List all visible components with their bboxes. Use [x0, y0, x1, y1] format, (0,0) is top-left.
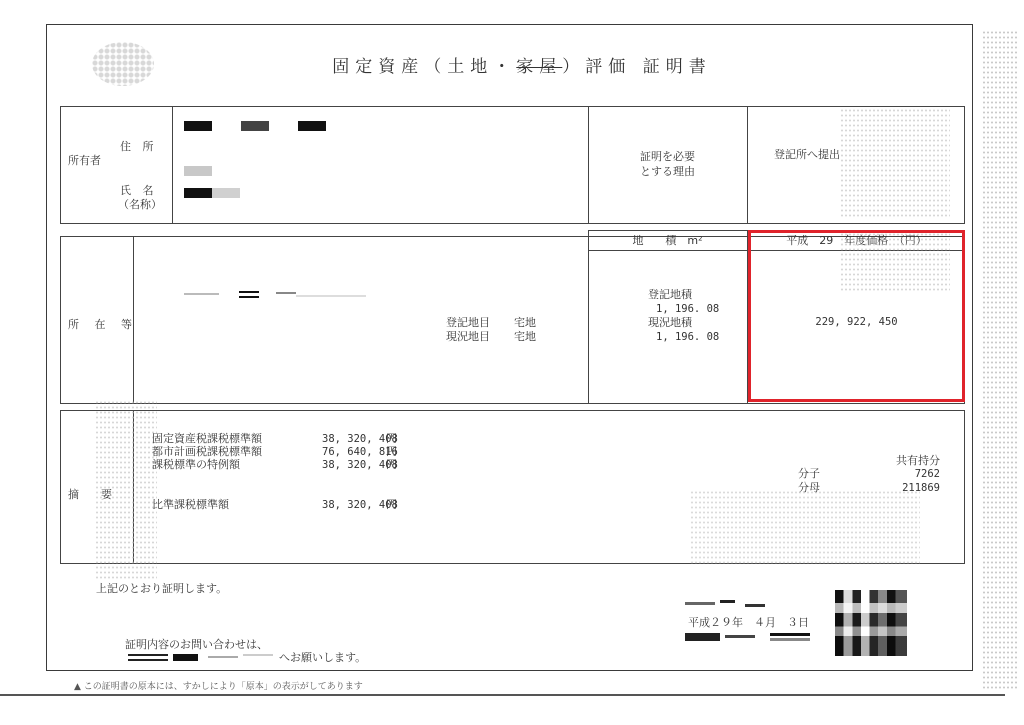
current-category-value: 宅地 [514, 330, 536, 344]
purpose-label-line1: 証明を必要 [640, 150, 695, 164]
area-header: 地 積 m² [588, 234, 747, 248]
inquiry-line1: 証明内容のお問い合わせは、 [125, 638, 268, 652]
scan-noise [95, 400, 157, 580]
summary-row-unit: 円 [386, 432, 397, 446]
current-category-label: 現況地目 [446, 330, 490, 344]
inquiry-line2: へお願いします。 [279, 651, 366, 665]
title-suffix: ）評価 証明書 [562, 57, 711, 77]
name-redaction [184, 188, 212, 198]
issue-date: 平成２９年 ４月 ３日 [688, 616, 809, 630]
price-highlight-box [748, 230, 965, 402]
title-prefix: 固定資産（土地・ [332, 57, 516, 77]
divider [172, 106, 173, 224]
summary-row-label: 課税標準の特例額 [152, 458, 240, 472]
name-label: 氏 名 [120, 184, 158, 198]
share-title: 共有持分 [896, 454, 940, 468]
certification-statement: 上記のとおり証明します。 [96, 582, 227, 596]
registered-area-value: 1, 196. 08 [656, 302, 719, 316]
registered-area-label: 登記地積 [648, 288, 692, 302]
official-seal-redaction [835, 590, 907, 656]
summary-row-unit: 円 [386, 498, 397, 512]
inquiry-contact-redaction [128, 654, 278, 662]
summary-row-unit: 円 [386, 445, 397, 459]
summary-row-label: 固定資産税課税標準額 [152, 432, 262, 446]
address-label: 住 所 [120, 140, 158, 154]
divider [588, 230, 589, 404]
page-edge-line [0, 694, 1005, 696]
location-redaction [184, 291, 374, 303]
summary-row-label: 都市計画税課税標準額 [152, 445, 262, 459]
issuer-name-redaction [685, 633, 835, 643]
registered-category-label: 登記地目 [446, 316, 490, 330]
document-title: 固定資産（土地・家屋）評価 証明書 [0, 52, 1024, 77]
divider [588, 106, 589, 224]
title-struck-word: 家屋 [516, 57, 562, 77]
footnote-text: この証明書の原本には、すかしにより「原本」の表示がしてあります [84, 682, 363, 692]
watermark-strip [982, 30, 1018, 690]
owner-label: 所有者 [68, 154, 101, 168]
address-redaction [184, 166, 212, 176]
registered-category-value: 宅地 [514, 316, 536, 330]
divider [747, 106, 748, 224]
issuer-redaction [685, 600, 785, 610]
purpose-value: 登記所へ提出 [774, 148, 840, 162]
location-label: 所 在 等 [68, 318, 138, 332]
share-numerator-value: 7262 [880, 467, 940, 481]
current-area-label: 現況地積 [648, 316, 692, 330]
share-numerator-label: 分子 [798, 467, 820, 481]
purpose-label-line2: とする理由 [640, 165, 695, 179]
current-area-value: 1, 196. 08 [656, 330, 719, 344]
summary-row-unit: 円 [386, 458, 397, 472]
scan-noise [690, 490, 920, 565]
address-redaction [241, 121, 269, 131]
name-sub-label: （名称） [118, 198, 162, 212]
address-redaction [298, 121, 326, 131]
address-redaction [184, 121, 212, 131]
summary-row-label: 比準課税標準額 [152, 498, 229, 512]
triangle-bullet-icon: ▲ [74, 682, 84, 692]
name-redaction [212, 188, 240, 198]
footnote: ▲ この証明書の原本には、すかしにより「原本」の表示がしてあります [74, 680, 363, 694]
scan-noise [840, 108, 950, 218]
